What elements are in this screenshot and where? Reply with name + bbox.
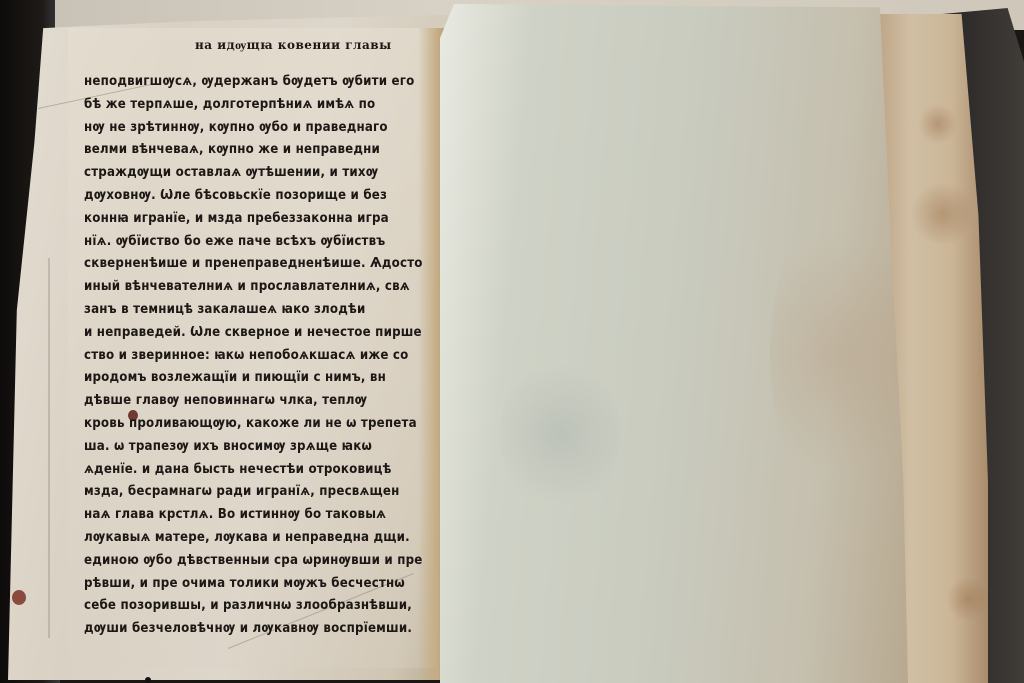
book-photo: на идѹщꙗ ковении главы неподвигшѹсѧ, ѹде… [0,0,1024,683]
text-line: себе позорившы, и различнѡ злообразнѣвши… [84,594,392,617]
text-line: дѣвше главѹ неповиннагѡ члка, теплѹ [84,389,392,412]
text-line: мзда, бесрамнагѡ ради игранїѧ, пресвѧщен [84,480,392,503]
text-line: дѹши безчеловѣчнѹ и лѹкавнѹ воспрїемши. [84,617,392,640]
text-line: иный вѣнчевателниѧ и прославлателниѧ, св… [84,275,392,298]
text-line: кровь проливающѹю, какоже ли не ѡ трепет… [84,412,392,435]
chapter-heading: на идѹщꙗ ковении главы [195,38,392,53]
text-line: нѹ не зрѣтиннѹ, кѹпно ѹбо и праведнаго [84,116,392,139]
text-line: наѧ глава крстлѧ. Во истиннѹ бо таковыѧ [84,503,392,526]
text-line: единою ѹбо дѣвственныи сра ѡринѹвши и пр… [84,549,392,572]
text-line: страждѹщи оставлаѧ ѹтѣшении, и тихѹ [84,161,392,184]
manuscript-text: неподвигшѹсѧ, ѹдержанъ бѹдетъ ѹбити его … [84,70,434,640]
text-line: ство и зверинное: ꙗкѡ непобоѧкшасѧ иже с… [84,344,392,367]
text-line: коннꙗ игранїе, и мзда пребеззаконна игра [84,207,392,230]
text-line: ѧденїе. и дана бысть нечестѣи отроковицѣ [84,458,392,481]
text-line: занъ в темницѣ закалашеѧ ꙗко злодѣи [84,298,392,321]
text-line: нїѧ. ѹбїиство бо еже паче всѣхъ ѹбїиствъ [84,230,392,253]
right-page-blank [440,4,908,683]
text-line: рѣвши, и пре очима толики мѹжъ бесчестнѡ [84,572,392,595]
text-line: бѣ же терпѧше, долготерпѣниѧ имѣѧ по [84,93,392,116]
text-line: ша. ѡ трапезѹ ихъ вносимѹ зрѧще ꙗкѡ [84,435,392,458]
text-line: лѹкавыѧ матере, лѹкава и неправедна дщи. [84,526,392,549]
text-line: дѹховнѹ. Ѡле бѣсовьскїе позорище и без [84,184,392,207]
ink-dot [145,677,151,683]
text-line: неподвигшѹсѧ, ѹдержанъ бѹдетъ ѹбити его [84,70,392,93]
stain-spot [12,590,26,605]
text-line: и неправедей. Ѡле скверное и нечестое пи… [84,321,392,344]
text-line: велми вѣнчеваѧ, кѹпно же и неправедни [84,138,392,161]
text-line: скверненѣише и пренеправедненѣише. Ѧдост… [84,252,392,275]
text-line: иродомъ возлежащїи и пиющїи с нимъ, вн [84,366,392,389]
